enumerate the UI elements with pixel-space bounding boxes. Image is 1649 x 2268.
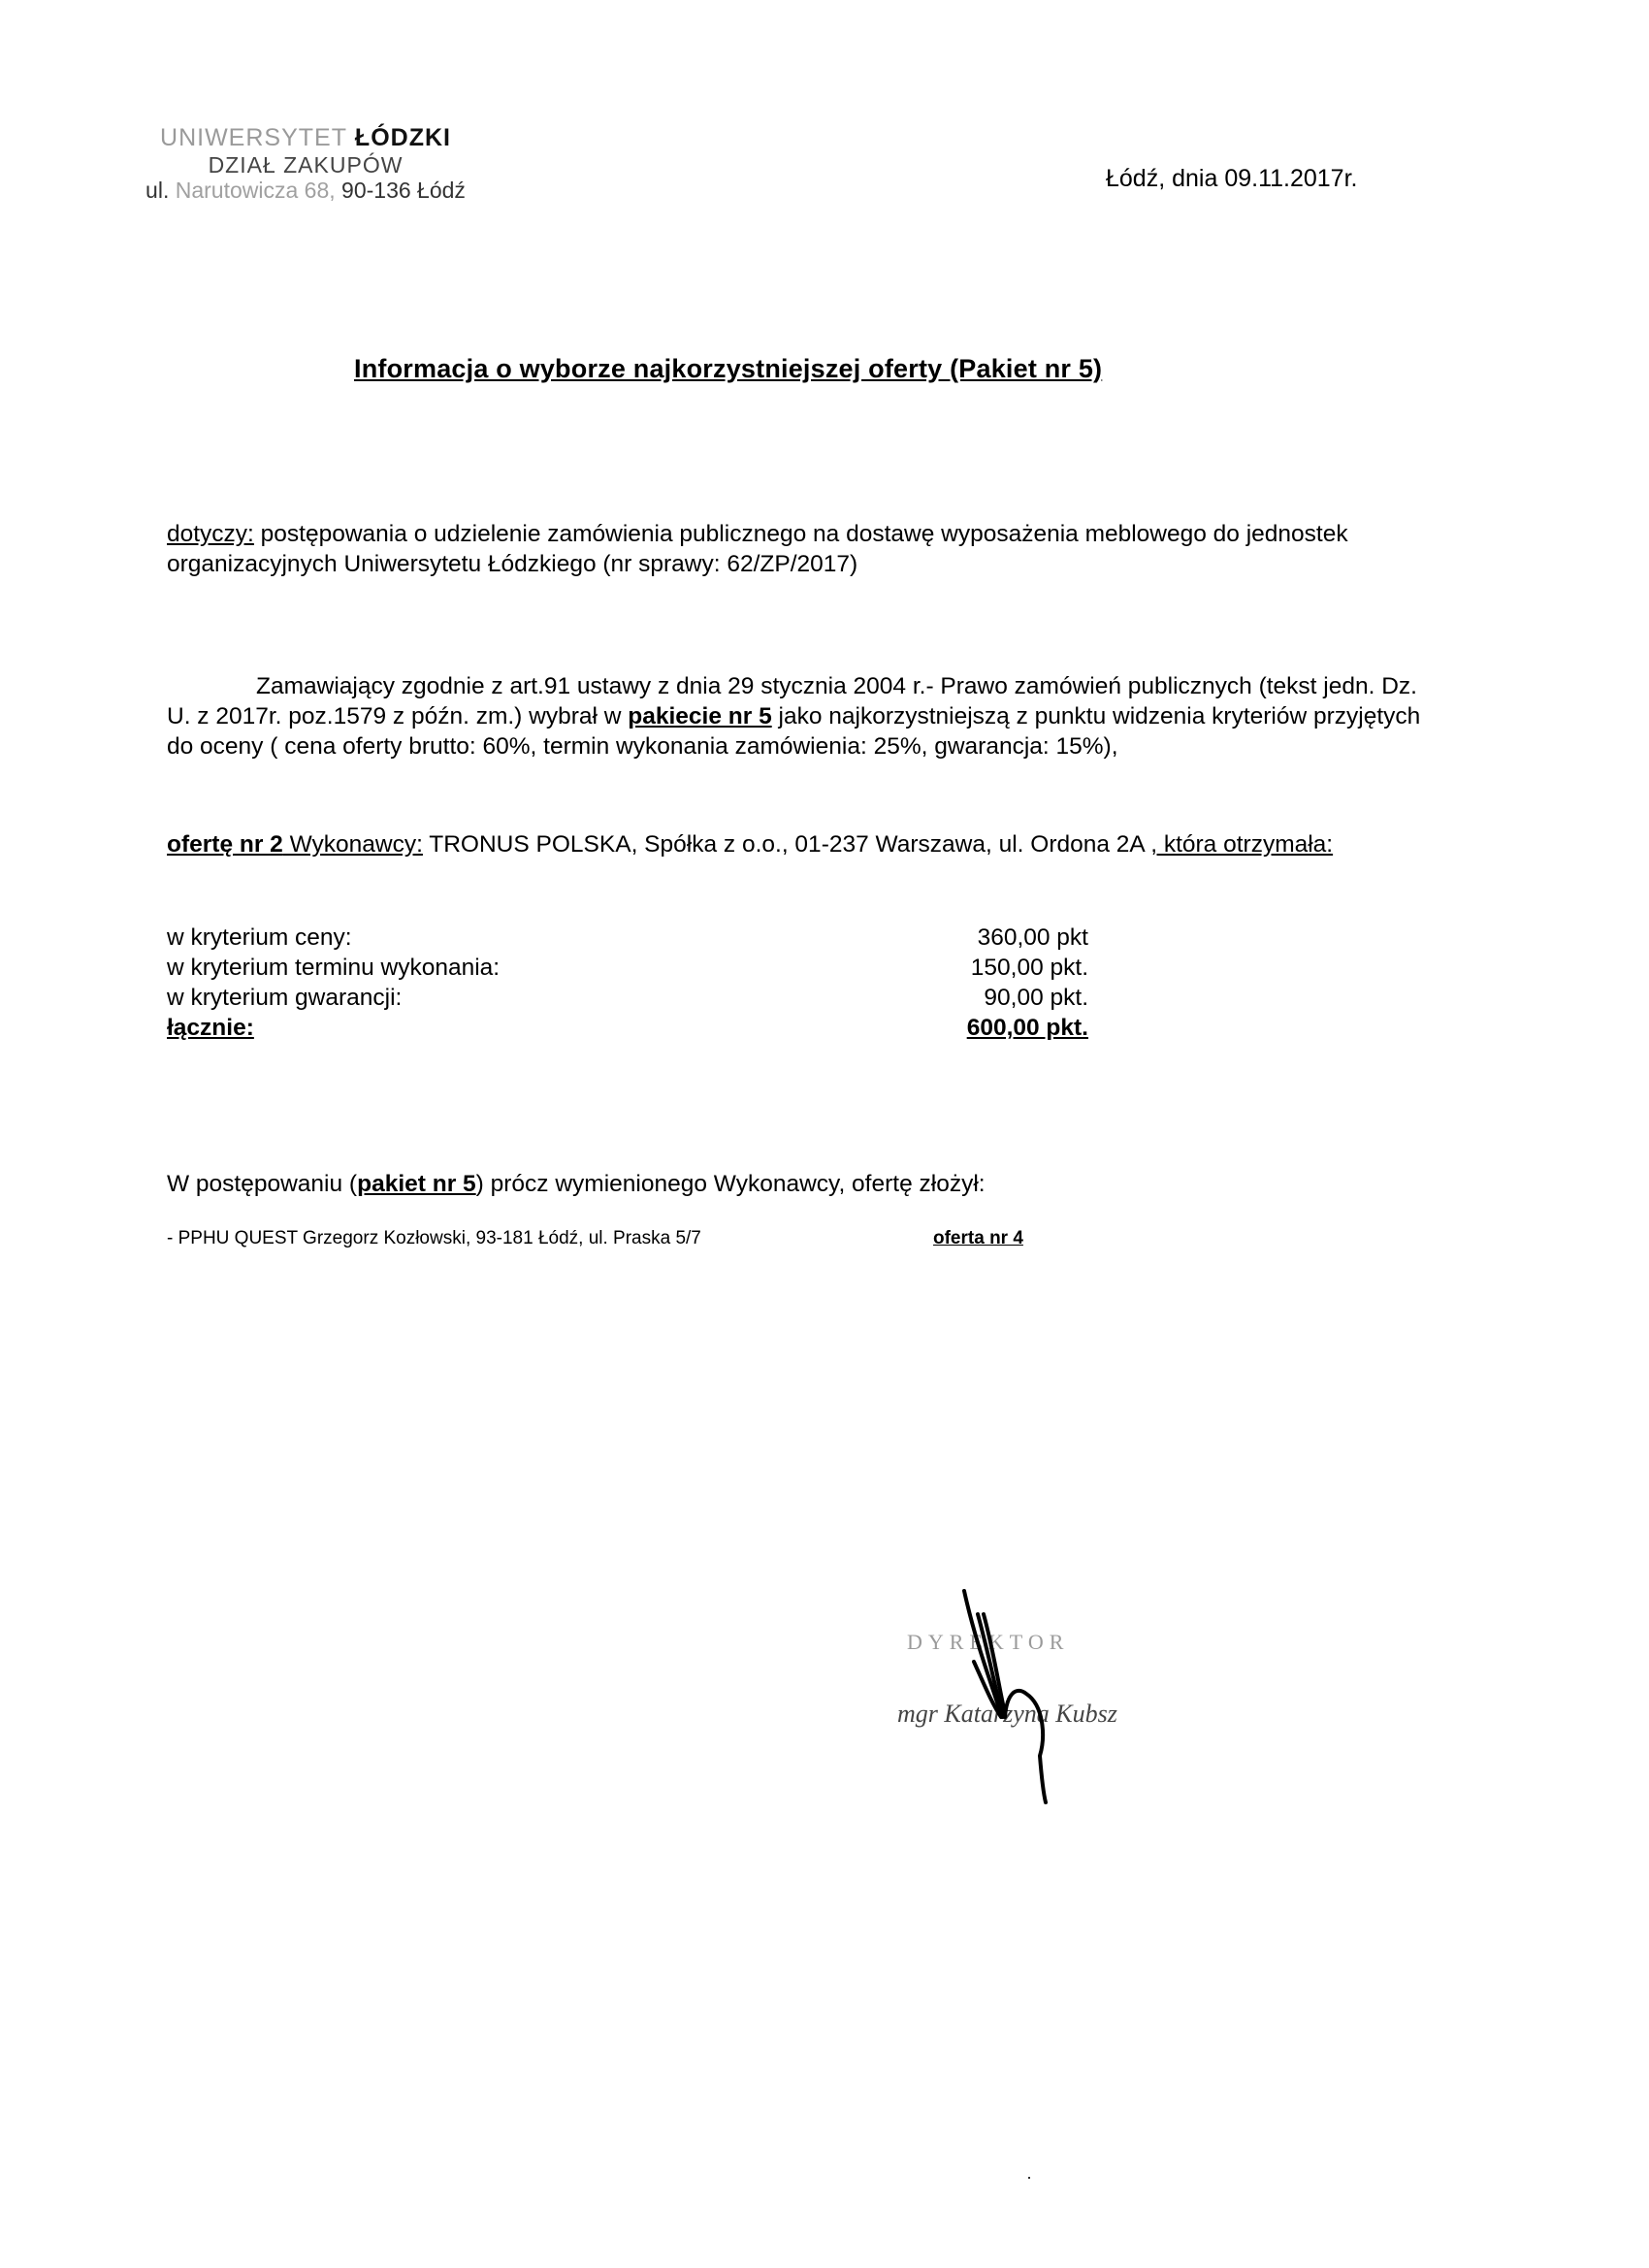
subject-label: dotyczy: [167, 521, 254, 547]
contractor-name: TRONUS POLSKA, Spółka z o.o., 01-237 War… [423, 831, 1150, 858]
scan-artifact [1028, 2177, 1030, 2179]
criteria-row-warranty: w kryterium gwarancji:90,00 pkt. [167, 983, 1088, 1013]
document-date: Łódź, dnia 09.11.2017r. [1106, 165, 1357, 193]
criteria-row-deadline: w kryterium terminu wykonania:150,00 pkt… [167, 953, 1088, 983]
stamp-address: ul. Narutowicza 68, 90-136 Łódź [112, 178, 500, 203]
criteria-scores: w kryterium ceny:360,00 pkt w kryterium … [167, 923, 1088, 1043]
criteria-row-total: łącznie:600,00 pkt. [167, 1013, 1088, 1043]
winning-offer-number: ofertę nr 2 [167, 831, 283, 858]
other-offer-number: oferta nr 4 [933, 1228, 1059, 1249]
decision-paragraph: Zamawiający zgodnie z art.91 ustawy z dn… [167, 671, 1428, 761]
package-emphasis: pakiecie nr 5 [628, 703, 771, 729]
other-offers-intro: W postępowaniu (pakiet nr 5) prócz wymie… [167, 1171, 986, 1198]
institution-stamp: UNIWERSYTET ŁÓDZKI DZIAŁ ZAKUPÓW ul. Nar… [112, 124, 500, 204]
other-offer-item: - PPHU QUEST Grzegorz Kozłowski, 93-181 … [167, 1228, 1059, 1249]
criteria-row-price: w kryterium ceny:360,00 pkt [167, 923, 1088, 953]
received-label: , która otrzymała: [1150, 831, 1333, 858]
stamp-university-name: UNIWERSYTET ŁÓDZKI [112, 124, 500, 152]
other-offer-contractor: - PPHU QUEST Grzegorz Kozłowski, 93-181 … [167, 1228, 701, 1249]
subject-text: postępowania o udzielenie zamówienia pub… [167, 521, 1348, 577]
winning-offer-paragraph: ofertę nr 2 Wykonawcy: TRONUS POLSKA, Sp… [167, 829, 1418, 859]
document-title: Informacja o wyborze najkorzystniejszej … [354, 354, 1102, 384]
contractor-label: Wykonawcy: [283, 831, 423, 858]
stamp-department: DZIAŁ ZAKUPÓW [112, 152, 500, 178]
handwritten-signature-icon [854, 1552, 1164, 1824]
subject-paragraph: dotyczy: postępowania o udzielenie zamów… [167, 519, 1418, 579]
